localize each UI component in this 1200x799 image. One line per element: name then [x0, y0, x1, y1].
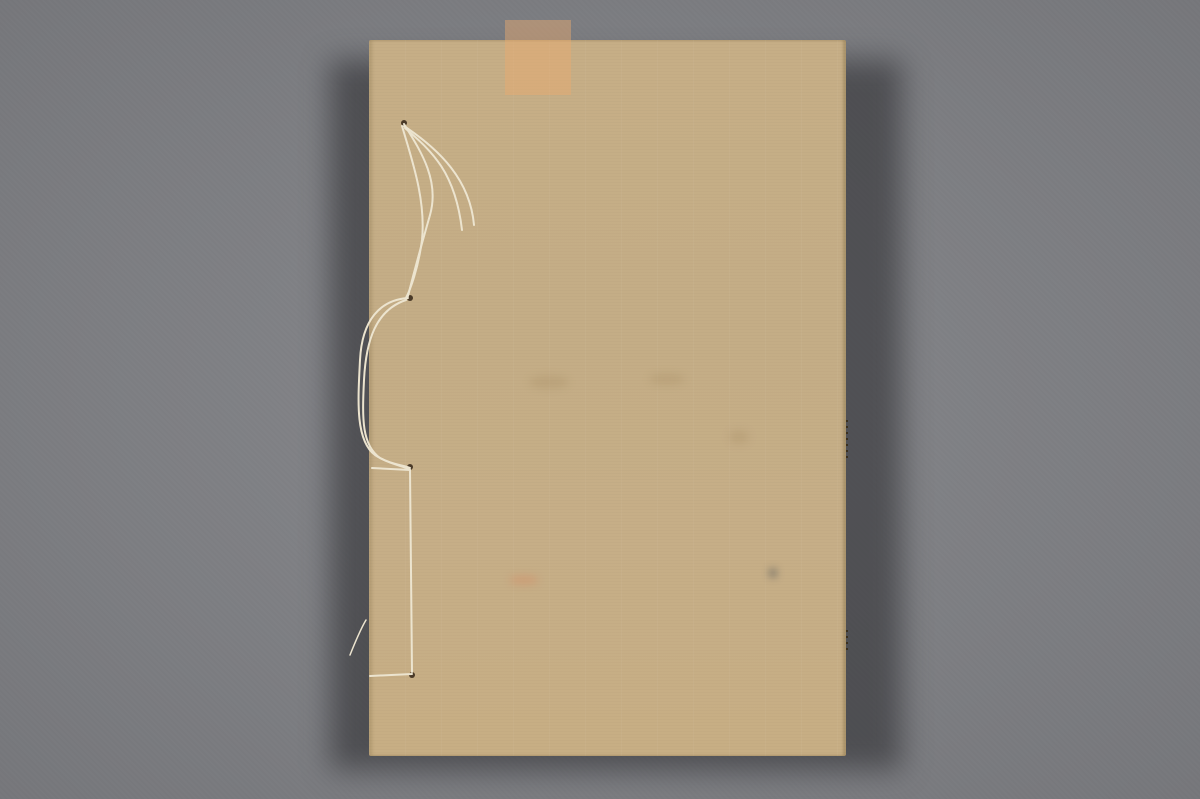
- binding-thread: [0, 0, 1200, 799]
